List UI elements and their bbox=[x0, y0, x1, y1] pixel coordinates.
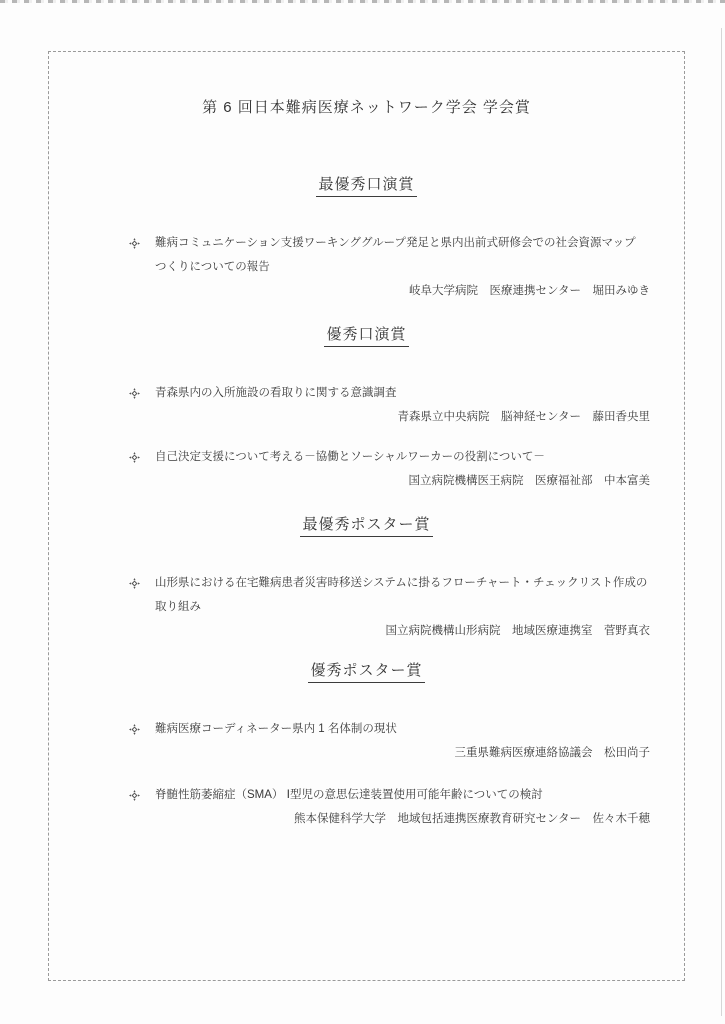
entry-affiliation: 熊本保健科学大学 地域包括連携医療教育研究センター 佐々木千穂 bbox=[155, 807, 650, 831]
diamond-bullet-icon bbox=[129, 578, 140, 589]
diamond-bullet-icon bbox=[129, 452, 140, 463]
diamond-bullet-icon bbox=[129, 724, 140, 735]
section-heading-label: 最優秀ポスター賞 bbox=[300, 513, 432, 537]
entry-title-line: 脊髄性筋萎縮症（SMA） Ⅰ型児の意思伝達装置使用可能年齢についての検討 bbox=[155, 783, 650, 807]
entry-affiliation: 国立病院機構医王病院 医療福祉部 中本富美 bbox=[155, 469, 650, 493]
scan-artifact-right-edge bbox=[721, 28, 722, 1016]
entry-affiliation: 青森県立中央病院 脳神経センター 藤田香央里 bbox=[155, 405, 650, 429]
entry-title-line: つくりについての報告 bbox=[155, 255, 650, 279]
document-border-frame: 第 6 回日本難病医療ネットワーク学会 学会賞 最優秀口演賞 難病コミュニケーシ… bbox=[48, 51, 685, 981]
entry-affiliation: 国立病院機構山形病院 地域医療連携室 菅野真衣 bbox=[155, 619, 650, 643]
section-heading-best-poster: 最優秀ポスター賞 bbox=[49, 513, 684, 537]
entry-title-line: 青森県内の入所施設の看取りに関する意識調査 bbox=[155, 381, 650, 405]
section-heading-label: 優秀口演賞 bbox=[324, 323, 408, 347]
diamond-bullet-icon bbox=[129, 388, 140, 399]
award-entry: 難病医療コーディネーター県内 1 名体制の現状 三重県難病医療連絡協議会 松田尚… bbox=[49, 717, 684, 765]
award-entry: 難病コミュニケーション支援ワーキンググループ発足と県内出前式研修会での社会資源マ… bbox=[49, 231, 684, 303]
section-heading-label: 最優秀口演賞 bbox=[316, 173, 416, 197]
entry-title-line: 難病コミュニケーション支援ワーキンググループ発足と県内出前式研修会での社会資源マ… bbox=[155, 231, 650, 255]
section-heading-excellent-oral: 優秀口演賞 bbox=[49, 323, 684, 347]
entry-title-line: 山形県における在宅難病患者災害時移送システムに掛るフローチャート・チェックリスト… bbox=[155, 571, 650, 595]
document-title: 第 6 回日本難病医療ネットワーク学会 学会賞 bbox=[49, 96, 684, 117]
diamond-bullet-icon bbox=[129, 238, 140, 249]
entry-title-line: 取り組み bbox=[155, 595, 650, 619]
entry-title-line: 自己決定支援について考える－協働とソーシャルワーカーの役割について－ bbox=[155, 445, 650, 469]
entry-affiliation: 岐阜大学病院 医療連携センター 堀田みゆき bbox=[155, 279, 650, 303]
section-heading-label: 優秀ポスター賞 bbox=[308, 659, 424, 683]
diamond-bullet-icon bbox=[129, 790, 140, 801]
scanned-document-page: 第 6 回日本難病医療ネットワーク学会 学会賞 最優秀口演賞 難病コミュニケーシ… bbox=[0, 0, 725, 1024]
section-heading-excellent-poster: 優秀ポスター賞 bbox=[49, 659, 684, 683]
award-entry: 自己決定支援について考える－協働とソーシャルワーカーの役割について－ 国立病院機… bbox=[49, 445, 684, 493]
award-entry: 山形県における在宅難病患者災害時移送システムに掛るフローチャート・チェックリスト… bbox=[49, 571, 684, 643]
award-entry: 脊髄性筋萎縮症（SMA） Ⅰ型児の意思伝達装置使用可能年齢についての検討 熊本保… bbox=[49, 783, 684, 831]
scan-artifact-top-edge bbox=[0, 0, 725, 3]
award-entry: 青森県内の入所施設の看取りに関する意識調査 青森県立中央病院 脳神経センター 藤… bbox=[49, 381, 684, 429]
entry-affiliation: 三重県難病医療連絡協議会 松田尚子 bbox=[155, 741, 650, 765]
entry-title-line: 難病医療コーディネーター県内 1 名体制の現状 bbox=[155, 717, 650, 741]
section-heading-best-oral: 最優秀口演賞 bbox=[49, 173, 684, 197]
